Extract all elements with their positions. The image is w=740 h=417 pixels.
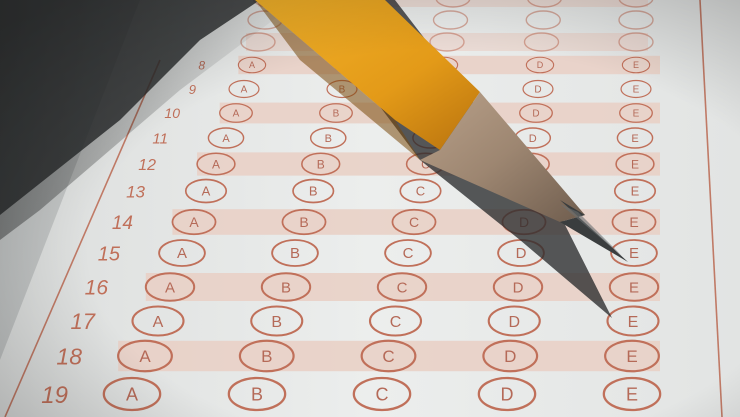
answer-sheet: 8ABCDE9ABCDE10ABCDE11ABCDE12ABCDE13ABCDE… [0,0,740,417]
photo-scene: 8ABCDE9ABCDE10ABCDE11ABCDE12ABCDE13ABCDE… [0,0,740,417]
